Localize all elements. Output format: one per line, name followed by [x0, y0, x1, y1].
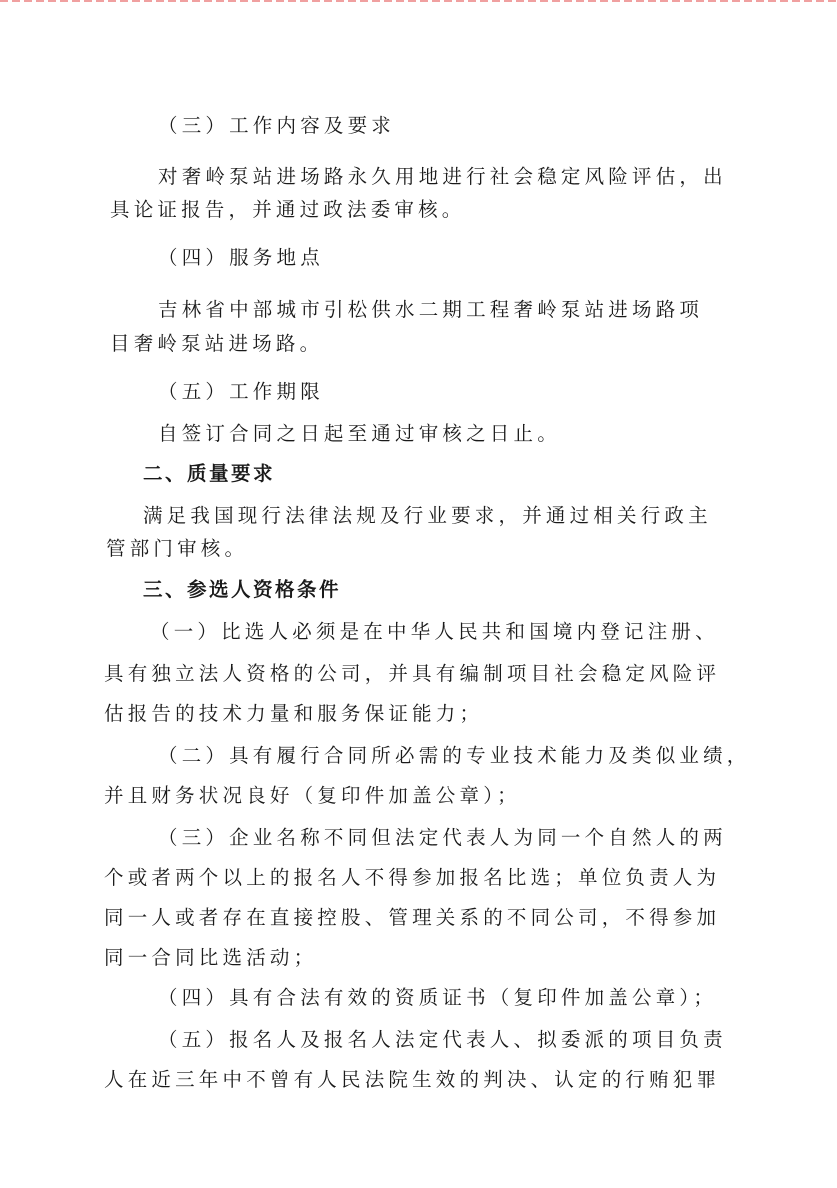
qualification-item-line: （一）比选人必须是在中华人民共和国境内登记注册、	[150, 618, 719, 646]
section-heading-work-content: （三）工作内容及要求	[158, 112, 395, 140]
qualification-item-line: 并且财务状况良好（复印件加盖公章）；	[104, 782, 521, 810]
qualification-item-line: 具有独立法人资格的公司，并具有编制项目社会稳定风险评	[104, 660, 720, 688]
document-page: （三）工作内容及要求 对奢岭泵站进场路永久用地进行社会稳定风险评估，出 具论证报…	[0, 0, 837, 1188]
section-heading-quality: 二、质量要求	[143, 460, 275, 488]
paragraph-line: 管部门审核。	[106, 535, 248, 563]
paragraph-line: 满足我国现行法律法规及行业要求，并通过相关行政主	[143, 502, 712, 530]
paragraph-line: 自签订合同之日起至通过审核之日止。	[158, 420, 561, 448]
qualification-item-line: 同一人或者存在直接控股、管理关系的不同公司，不得参加	[104, 904, 720, 932]
section-heading-service-location: （四）服务地点	[158, 244, 324, 272]
section-heading-work-period: （五）工作期限	[158, 378, 324, 406]
qualification-item-line: （五）报名人及报名人法定代表人、拟委派的项目负责	[158, 1026, 727, 1054]
qualification-item-line: 同一合同比选活动；	[104, 944, 317, 972]
paragraph-line: 对奢岭泵站进场路永久用地进行社会稳定风险评估，出	[158, 163, 727, 191]
qualification-item-line: （四）具有合法有效的资质证书（复印件加盖公章）；	[158, 984, 717, 1012]
paragraph-line: 具论证报告，并通过政法委审核。	[110, 196, 466, 224]
paragraph-line: 目奢岭泵站进场路。	[110, 330, 323, 358]
paragraph-line: 吉林省中部城市引松供水二期工程奢岭泵站进场路项	[158, 296, 703, 324]
qualification-item-line: 估报告的技术力量和服务保证能力；	[104, 700, 483, 728]
qualification-item-line: 人在近三年中不曾有人民法院生效的判决、认定的行贿犯罪	[104, 1066, 720, 1094]
qualification-item-line: （三）企业名称不同但法定代表人为同一个自然人的两	[158, 824, 727, 852]
qualification-item-line: （二）具有履行合同所必需的专业技术能力及类似业绩，	[158, 742, 751, 770]
qualification-item-line: 个或者两个以上的报名人不得参加报名比选；单位负责人为	[104, 864, 720, 892]
section-heading-qualifications: 三、参选人资格条件	[143, 576, 341, 604]
